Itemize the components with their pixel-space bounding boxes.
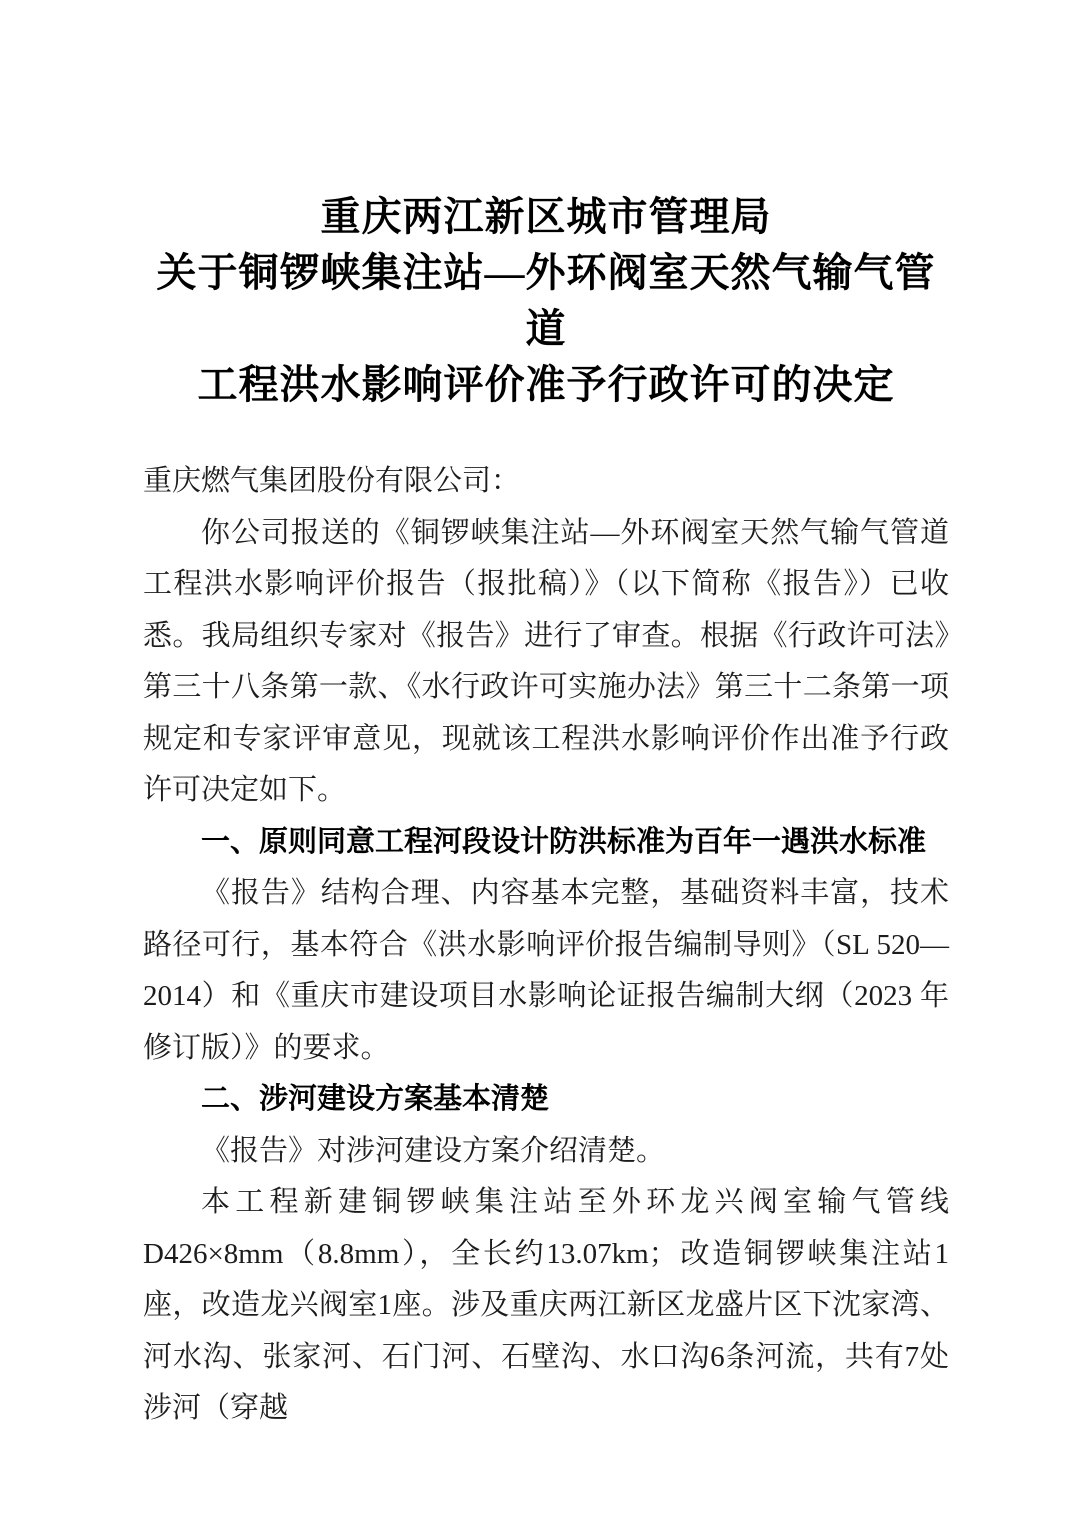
document-content: 重庆两江新区城市管理局 关于铜锣峡集注站—外环阀室天然气输气管道 工程洪水影响评… (143, 189, 949, 1435)
salutation: 重庆燃气集团股份有限公司： (143, 456, 949, 508)
title-line-3: 工程洪水影响评价准予行政许可的决定 (143, 357, 949, 413)
section-1-heading: 一、原则同意工程河段设计防洪标准为百年一遇洪水标准 (143, 817, 949, 869)
section-1-paragraph: 《报告》结构合理、内容基本完整，基础资料丰富，技术路径可行，基本符合《洪水影响评… (143, 868, 949, 1074)
title-line-1: 重庆两江新区城市管理局 (143, 189, 949, 245)
section-2-heading: 二、涉河建设方案基本清楚 (143, 1074, 949, 1126)
section-2-paragraph-2: 本工程新建铜锣峡集注站至外环龙兴阀室输气管线D426×8mm（8.8mm），全长… (143, 1177, 949, 1435)
intro-paragraph: 你公司报送的《铜锣峡集注站—外环阀室天然气输气管道工程洪水影响评价报告（报批稿）… (143, 508, 949, 817)
document-body: 重庆燃气集团股份有限公司： 你公司报送的《铜锣峡集注站—外环阀室天然气输气管道工… (143, 456, 949, 1435)
document-title: 重庆两江新区城市管理局 关于铜锣峡集注站—外环阀室天然气输气管道 工程洪水影响评… (143, 189, 949, 413)
title-line-2: 关于铜锣峡集注站—外环阀室天然气输气管道 (143, 245, 949, 357)
section-2-paragraph-1: 《报告》对涉河建设方案介绍清楚。 (143, 1126, 949, 1178)
document-page: 重庆两江新区城市管理局 关于铜锣峡集注站—外环阀室天然气输气管道 工程洪水影响评… (0, 0, 1074, 1520)
